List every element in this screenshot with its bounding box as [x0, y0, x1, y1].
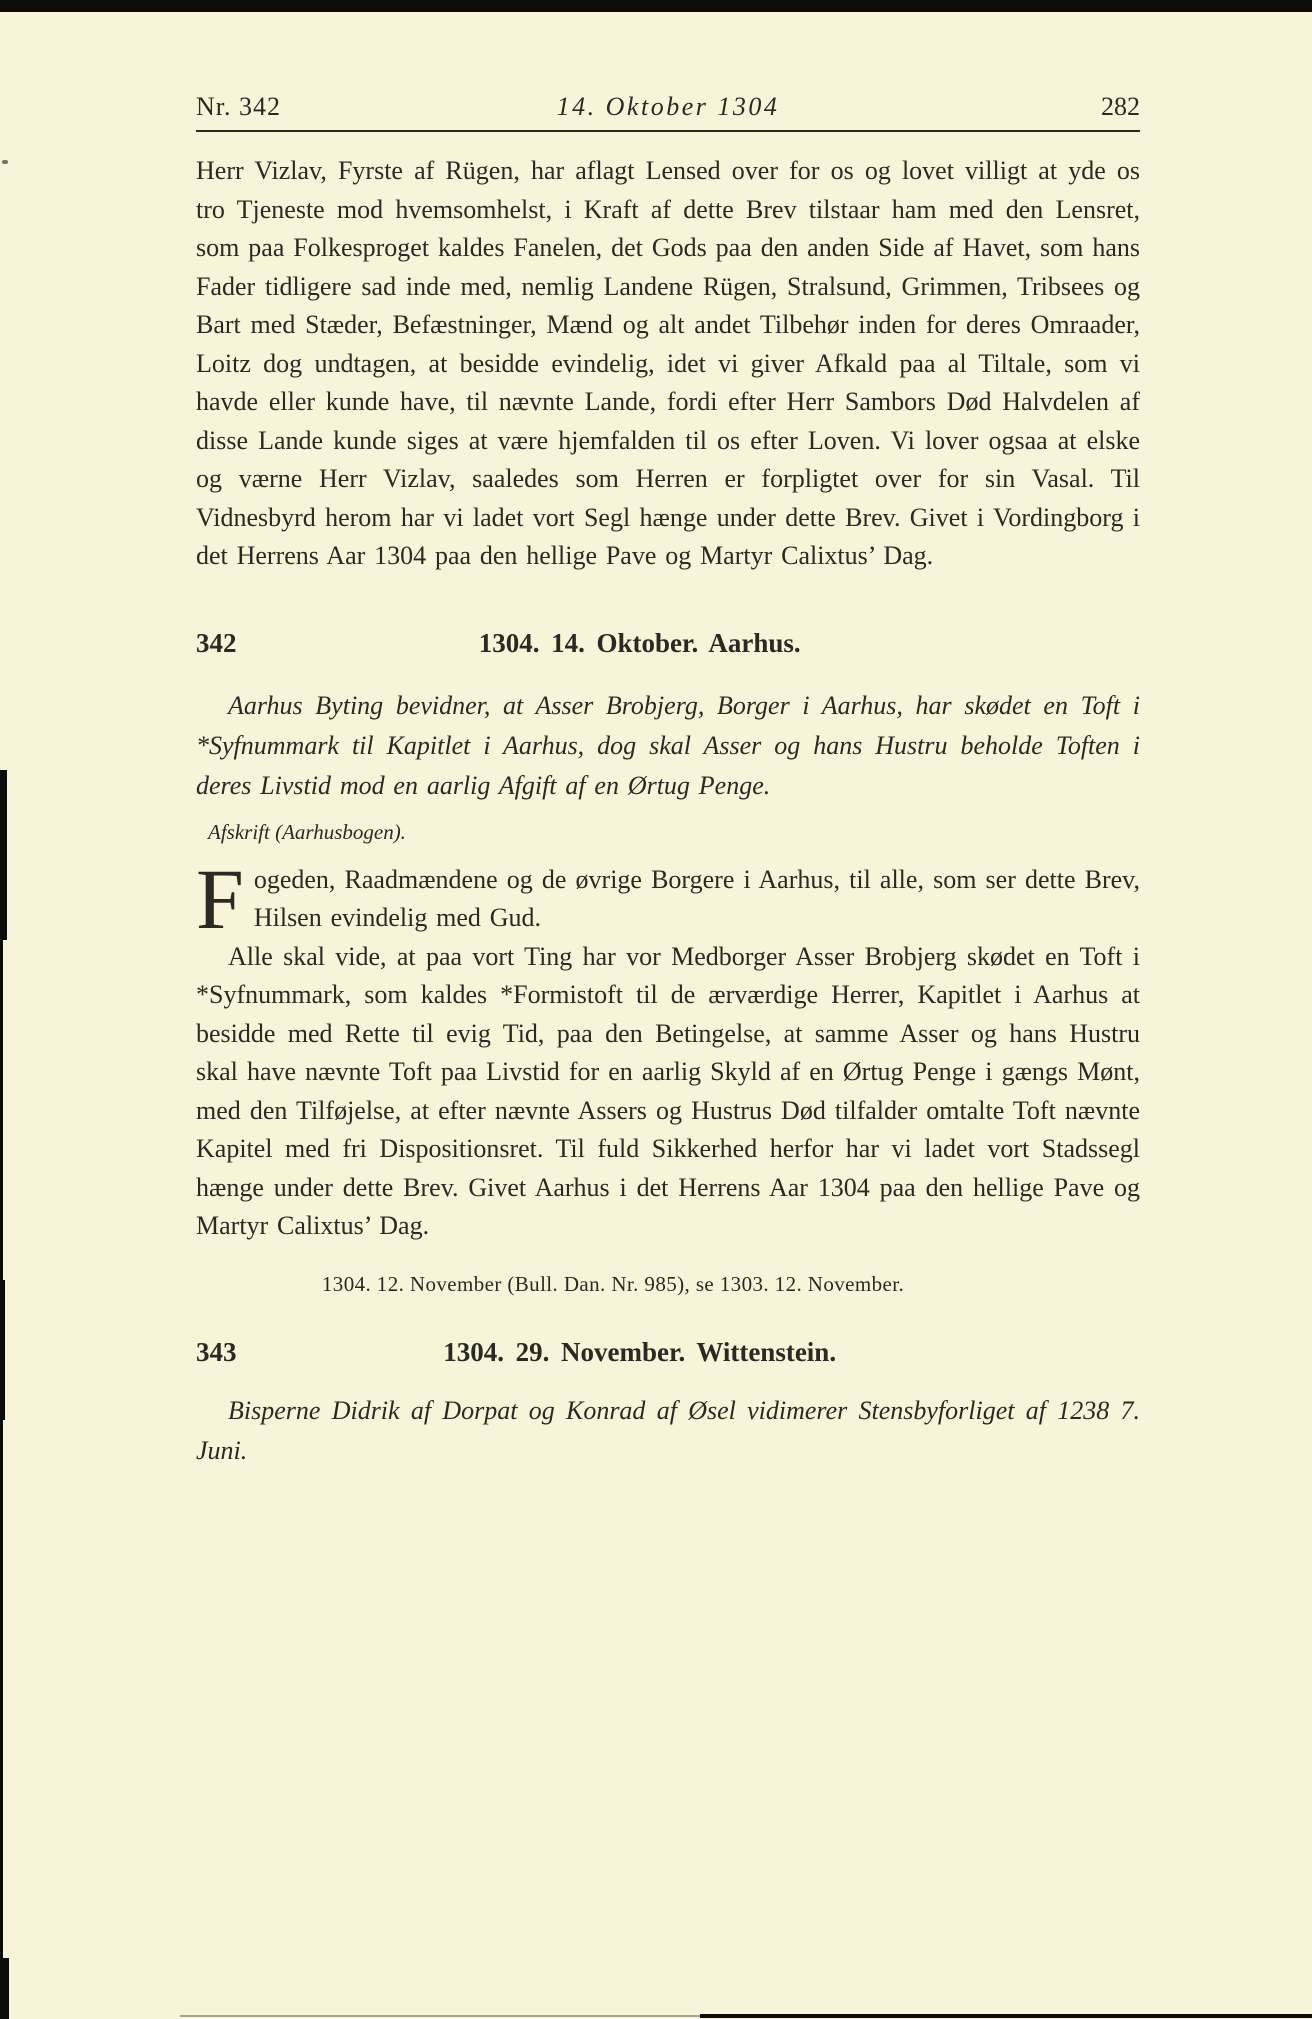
scan-artifact-speck [2, 160, 8, 164]
continuation-paragraph: Herr Vizlav, Fyrste af Rügen, har aflagt… [196, 152, 1140, 576]
entry-342-cross-reference-note: 1304. 12. November (Bull. Dan. Nr. 985),… [141, 1272, 1085, 1297]
running-header-entry-ref: Nr. 342 [196, 92, 281, 122]
entry-342-opening-text: ogeden, Raadmændene og de øvrige Borgere… [254, 865, 1140, 933]
scan-artifact-left-strip-2 [0, 940, 3, 1280]
scan-artifact-bottom-line-left [180, 2015, 700, 2017]
entry-342-opening-paragraph: F ogeden, Raadmændene og de øvrige Borge… [196, 861, 1140, 938]
entry-343-number: 343 [196, 1337, 237, 1368]
entry-342-heading: 1304. 14. Oktober. Aarhus. [479, 628, 801, 659]
scanned-book-page: Nr. 342 14. Oktober 1304 282 Herr Vizlav… [0, 0, 1312, 2019]
text-column: Nr. 342 14. Oktober 1304 282 Herr Vizlav… [196, 0, 1140, 1471]
scan-artifact-left-strip-3 [0, 1280, 5, 1420]
entry-342-heading-row: 342 1304. 14. Oktober. Aarhus. [196, 628, 1140, 662]
running-header: Nr. 342 14. Oktober 1304 282 [196, 92, 1140, 126]
scan-artifact-bottom-line-right [700, 2014, 1312, 2018]
entry-342-body-paragraph: Alle skal vide, at paa vort Ting har vor… [196, 938, 1140, 1246]
scan-artifact-left-strip-4 [0, 1420, 3, 1960]
scan-artifact-left-strip-5 [0, 1958, 9, 2019]
entry-343-summary: Bisperne Didrik af Dorpat og Konrad af Ø… [196, 1391, 1140, 1471]
running-header-date: 14. Oktober 1304 [557, 92, 780, 122]
header-rule [196, 130, 1140, 132]
running-header-page-number: 282 [1101, 92, 1140, 122]
dropcap-letter: F [196, 867, 244, 931]
entry-342-source: Afskrift (Aarhusbogen). [196, 820, 1140, 845]
scan-artifact-top-bar [0, 0, 1312, 12]
entry-343-heading-row: 343 1304. 29. November. Wittenstein. [196, 1337, 1140, 1371]
entry-342-summary: Aarhus Byting bevidner, at Asser Brobjer… [196, 686, 1140, 806]
entry-342-number: 342 [196, 628, 237, 659]
scan-artifact-left-strip-1 [0, 770, 7, 940]
entry-343-heading: 1304. 29. November. Wittenstein. [443, 1337, 836, 1368]
